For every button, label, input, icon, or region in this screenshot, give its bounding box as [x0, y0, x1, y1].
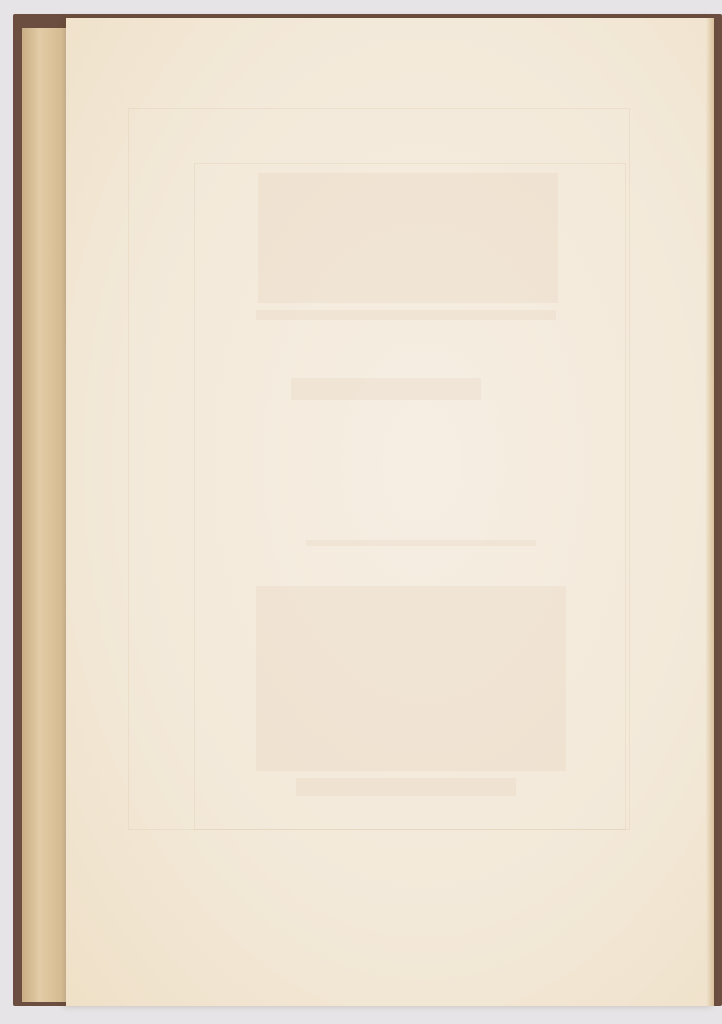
blank-page	[66, 18, 714, 1006]
show-through-upper	[258, 173, 558, 303]
show-through-caption-upper	[256, 310, 556, 320]
show-through-caption-middle	[306, 540, 536, 546]
page-fore-edge	[706, 18, 714, 1006]
show-through-middle	[291, 378, 481, 400]
show-through-caption-lower	[296, 778, 516, 796]
show-through-lower	[256, 586, 566, 771]
